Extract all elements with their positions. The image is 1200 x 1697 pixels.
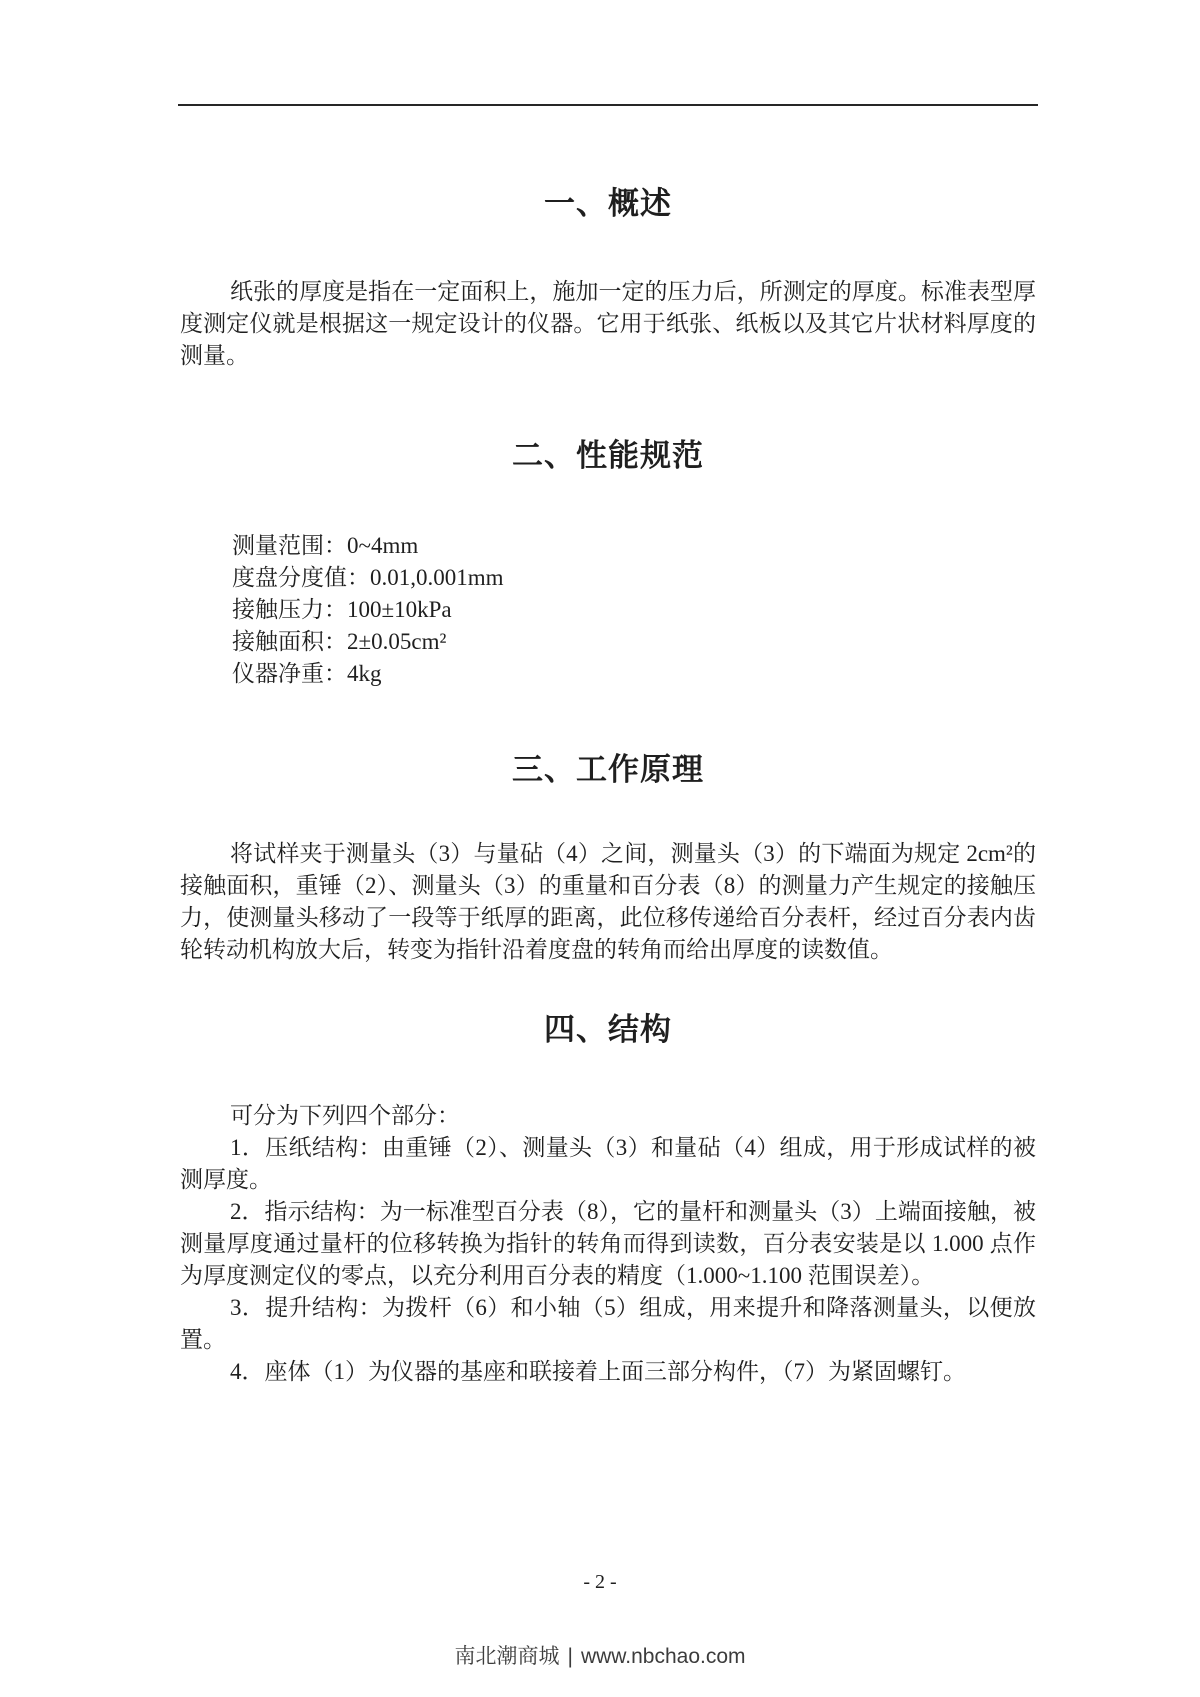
footer-watermark: 南北潮商城|www.nbchao.com — [0, 1644, 1200, 1670]
spec-line-net-weight: 仪器净重：4kg — [232, 658, 1036, 690]
spec-line-dial-division: 度盘分度值：0.01,0.001mm — [232, 562, 1036, 594]
section-overview-heading: 一、概述 — [180, 186, 1036, 222]
spec-line-contact-area: 接触面积：2±0.05cm² — [232, 626, 1036, 658]
structure-intro: 可分为下列四个部分： — [180, 1100, 1036, 1132]
document-page: 一、概述 纸张的厚度是指在一定面积上，施加一定的压力后，所测定的厚度。标准表型厚… — [0, 0, 1200, 1697]
footer-brand: 南北潮商城 — [454, 1645, 559, 1668]
structure-item-3: 3．提升结构：为拨杆（6）和小轴（5）组成，用来提升和降落测量头，以便放置。 — [180, 1292, 1036, 1356]
principle-paragraph: 将试样夹于测量头（3）与量砧（4）之间，测量头（3）的下端面为规定 2cm²的接… — [180, 838, 1036, 966]
spec-line-measuring-range: 测量范围：0~4mm — [232, 530, 1036, 562]
structure-item-4: 4．座体（1）为仪器的基座和联接着上面三部分构件，（7）为紧固螺钉。 — [180, 1356, 1036, 1388]
section-structure-heading: 四、结构 — [180, 1012, 1036, 1048]
document-content: 一、概述 纸张的厚度是指在一定面积上，施加一定的压力后，所测定的厚度。标准表型厚… — [180, 0, 1036, 1388]
overview-paragraph: 纸张的厚度是指在一定面积上，施加一定的压力后，所测定的厚度。标准表型厚度测定仪就… — [180, 276, 1036, 372]
page-number: - 2 - — [0, 1570, 1200, 1594]
structure-list: 可分为下列四个部分： 1．压纸结构：由重锤（2）、测量头（3）和量砧（4）组成，… — [180, 1100, 1036, 1388]
structure-item-1: 1．压纸结构：由重锤（2）、测量头（3）和量砧（4）组成，用于形成试样的被测厚度… — [180, 1132, 1036, 1196]
section-principle-heading: 三、工作原理 — [180, 752, 1036, 788]
structure-item-2: 2．指示结构：为一标准型百分表（8），它的量杆和测量头（3）上端面接触，被测量厚… — [180, 1196, 1036, 1292]
spec-list: 测量范围：0~4mm 度盘分度值：0.01,0.001mm 接触压力：100±1… — [180, 530, 1036, 690]
section-specs-heading: 二、性能规范 — [180, 438, 1036, 474]
footer-url: www.nbchao.com — [581, 1645, 746, 1668]
footer-separator: | — [567, 1645, 572, 1668]
spec-line-contact-pressure: 接触压力：100±10kPa — [232, 594, 1036, 626]
